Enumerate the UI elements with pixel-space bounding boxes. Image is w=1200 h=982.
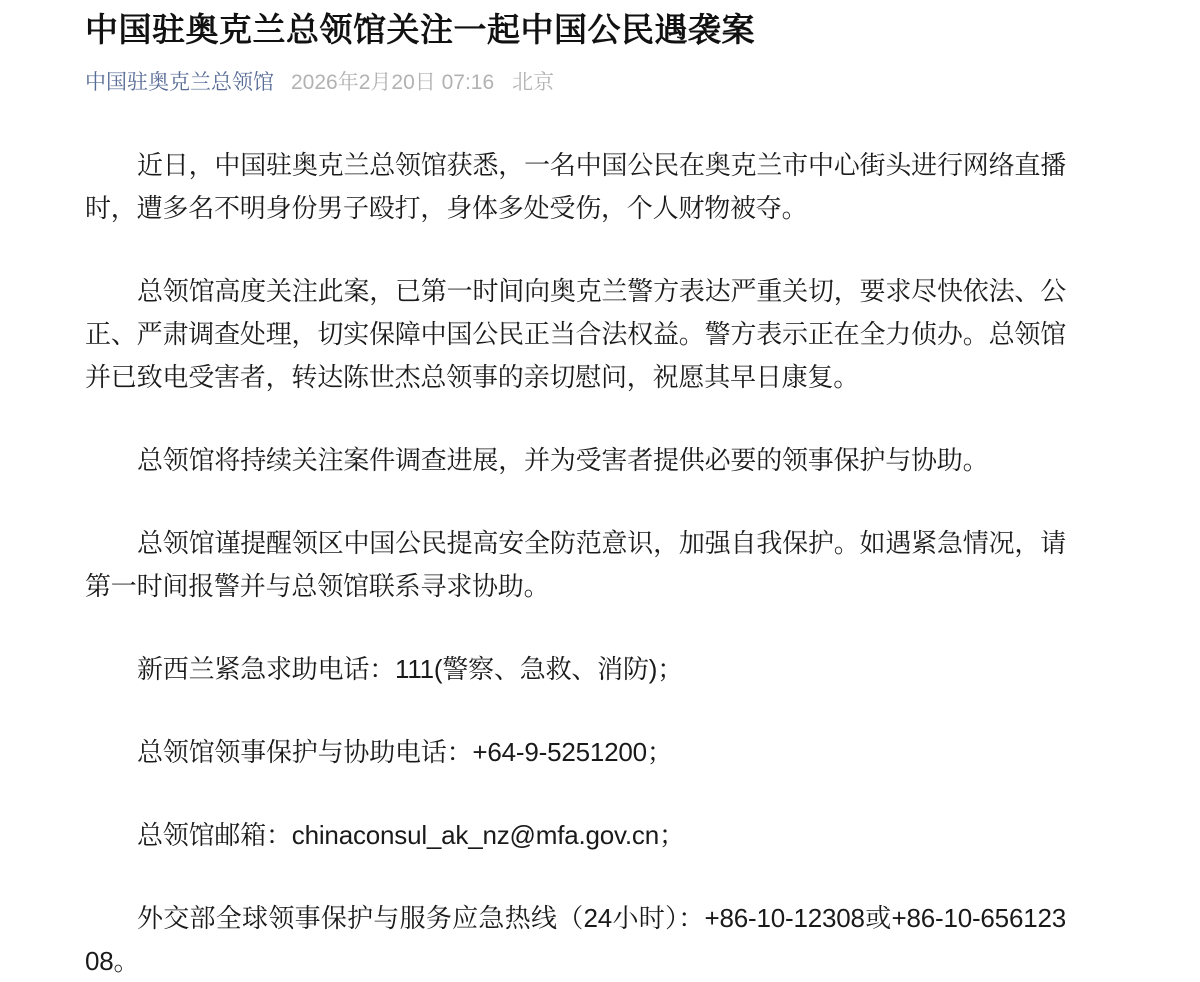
article-page: 中国驻奥克兰总领馆关注一起中国公民遇袭案 中国驻奥克兰总领馆 2026年2月20… — [0, 0, 1068, 982]
article-paragraph: 新西兰紧急求助电话：111(警察、急救、消防)； — [85, 648, 1066, 691]
article-paragraph: 总领馆邮箱：chinaconsul_ak_nz@mfa.gov.cn； — [85, 814, 1066, 857]
account-name-link[interactable]: 中国驻奥克兰总领馆 — [85, 68, 274, 97]
publish-time: 2026年2月20日 07:16 — [291, 68, 494, 97]
article-paragraph: 总领馆领事保护与协助电话：+64-9-5251200； — [85, 731, 1066, 774]
article-body: 近日，中国驻奥克兰总领馆获悉，一名中国公民在奥克兰市中心街头进行网络直播时，遭多… — [85, 144, 1066, 982]
publish-location: 北京 — [512, 68, 554, 97]
article-paragraph: 总领馆谨提醒领区中国公民提高安全防范意识，加强自我保护。如遇紧急情况，请第一时间… — [85, 522, 1066, 608]
article-title: 中国驻奥克兰总领馆关注一起中国公民遇袭案 — [85, 8, 1068, 51]
article-paragraph: 外交部全球领事保护与服务应急热线（24小时）：+86-10-12308或+86-… — [85, 897, 1066, 982]
article-paragraph: 总领馆高度关注此案，已第一时间向奥克兰警方表达严重关切，要求尽快依法、公正、严肃… — [85, 270, 1066, 399]
byline: 中国驻奥克兰总领馆 2026年2月20日 07:16 北京 — [85, 68, 1068, 97]
article-paragraph: 总领馆将持续关注案件调查进展，并为受害者提供必要的领事保护与协助。 — [85, 439, 1066, 482]
article-paragraph: 近日，中国驻奥克兰总领馆获悉，一名中国公民在奥克兰市中心街头进行网络直播时，遭多… — [85, 144, 1066, 230]
